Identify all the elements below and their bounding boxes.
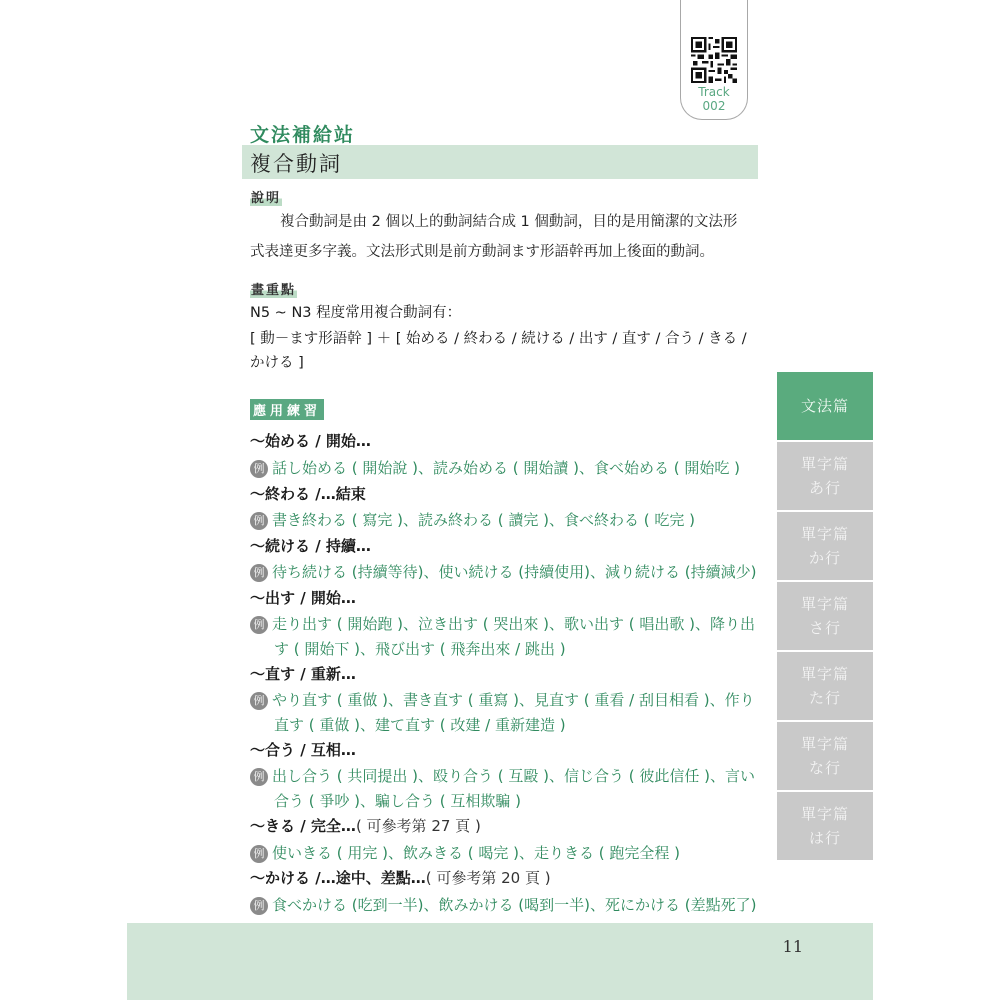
- example-badge-icon: 例: [250, 460, 268, 478]
- example-row: 例待ち続ける (持續等待)、使い続ける (持續使用)、減り続ける (持續減少): [250, 561, 760, 582]
- grammar-heading: ～始める / 開始…: [250, 430, 760, 451]
- example-badge-icon: 例: [250, 897, 268, 915]
- tab-label: 單字篇: [777, 732, 873, 756]
- tab-sublabel: は行: [777, 826, 873, 850]
- example-badge-icon: 例: [250, 616, 268, 634]
- grammar-heading: ～終わる /…結束: [250, 483, 760, 504]
- grammar-heading: ～合う / 互相…: [250, 739, 760, 760]
- tab-sublabel: さ行: [777, 616, 873, 640]
- example-badge-icon: 例: [250, 512, 268, 530]
- example-row: 例話し始める ( 開始說 )、読み始める ( 開始讀 )、食べ始める ( 開始吃…: [250, 457, 760, 478]
- title-band: 複合動詞: [242, 145, 758, 179]
- tab-sublabel: か行: [777, 546, 873, 570]
- grammar-heading-text: ～きる / 完全…: [250, 817, 356, 835]
- key-points-line-3: かける ]: [250, 351, 760, 372]
- key-points-label: 畫重點: [250, 279, 297, 298]
- tab-vocab-a-row[interactable]: 單字篇 あ行: [777, 442, 873, 510]
- example-text: 書き終わる ( 寫完 )、読み終わる ( 讀完 )、食べ終わる ( 吃完 ): [272, 511, 695, 529]
- qr-code-icon: [691, 37, 737, 83]
- explanation-line-2: 式表達更多字義。文法形式則是前方動詞ます形語幹再加上後面的動詞。: [250, 237, 758, 267]
- tab-label: 文法篇: [777, 394, 873, 418]
- tab-sublabel: な行: [777, 756, 873, 780]
- tab-vocab-ka-row[interactable]: 單字篇 か行: [777, 512, 873, 580]
- section-kicker: 文法補給站: [250, 120, 355, 147]
- track-label-text: Track: [698, 85, 729, 99]
- track-label: Track 002: [698, 85, 729, 113]
- tab-label: 單字篇: [777, 592, 873, 616]
- example-text: 待ち続ける (持續等待)、使い続ける (持續使用)、減り続ける (持續減少): [272, 563, 756, 581]
- grammar-heading: ～続ける / 持續…: [250, 535, 760, 556]
- example-text: 走り出す ( 開始跑 )、泣き出す ( 哭出來 )、歌い出す ( 唱出歌 )、降…: [272, 615, 755, 633]
- explanation-line-1: 複合動詞是由 2 個以上的動詞結合成 1 個動詞，目的是用簡潔的文法形: [280, 214, 737, 230]
- example-row: 例書き終わる ( 寫完 )、読み終わる ( 讀完 )、食べ終わる ( 吃完 ): [250, 509, 760, 530]
- grammar-heading: ～かける /…途中、差點…( 可參考第 20 頁 ): [250, 867, 760, 888]
- grammar-heading-text: ～かける /…途中、差點…: [250, 869, 426, 887]
- example-badge-icon: 例: [250, 768, 268, 786]
- grammar-heading: ～出す / 開始…: [250, 587, 760, 608]
- example-row: 例出し合う ( 共同提出 )、殴り合う ( 互毆 )、信じ合う ( 彼此信任 )…: [250, 765, 760, 786]
- tab-vocab-sa-row[interactable]: 單字篇 さ行: [777, 582, 873, 650]
- example-row: 例使いきる ( 用完 )、飲みきる ( 喝完 )、走りきる ( 跑完全程 ): [250, 842, 760, 863]
- example-text: 話し始める ( 開始說 )、読み始める ( 開始讀 )、食べ始める ( 開始吃 …: [272, 459, 740, 477]
- tab-sublabel: た行: [777, 686, 873, 710]
- example-row: 例食べかける (吃到一半)、飲みかける (喝到一半)、死にかける (差點死了): [250, 894, 760, 915]
- tab-label: 單字篇: [777, 802, 873, 826]
- example-row: 例やり直す ( 重做 )、書き直す ( 重寫 )、見直す ( 重看 / 刮目相看…: [250, 689, 760, 710]
- tab-vocab-ha-row[interactable]: 單字篇 は行: [777, 792, 873, 860]
- page-title: 複合動詞: [250, 148, 342, 178]
- tab-label: 單字篇: [777, 452, 873, 476]
- example-continuation: す ( 開始下 )、飛び出す ( 飛奔出來 / 跳出 ): [274, 638, 566, 659]
- page-number: 11: [783, 937, 803, 956]
- practice-label: 應用練習: [250, 399, 324, 420]
- example-badge-icon: 例: [250, 692, 268, 710]
- tab-label: 單字篇: [777, 522, 873, 546]
- example-continuation: 直す ( 重做 )、建て直す ( 改建 / 重新建造 ): [274, 714, 566, 735]
- example-text: 使いきる ( 用完 )、飲みきる ( 喝完 )、走りきる ( 跑完全程 ): [272, 844, 680, 862]
- explanation-label: 說明: [250, 187, 282, 206]
- example-text: 出し合う ( 共同提出 )、殴り合う ( 互毆 )、信じ合う ( 彼此信任 )、…: [272, 767, 755, 785]
- example-row: 例走り出す ( 開始跑 )、泣き出す ( 哭出來 )、歌い出す ( 唱出歌 )、…: [250, 613, 760, 634]
- track-audio-tab[interactable]: Track 002: [680, 0, 748, 120]
- grammar-heading: ～きる / 完全…( 可參考第 27 頁 ): [250, 815, 760, 836]
- tab-vocab-ta-row[interactable]: 單字篇 た行: [777, 652, 873, 720]
- example-badge-icon: 例: [250, 564, 268, 582]
- footer-band: 11: [127, 923, 873, 1000]
- chapter-index-tabs: 文法篇 單字篇 あ行 單字篇 か行 單字篇 さ行 單字篇 た行 單字篇 な行 單…: [777, 372, 873, 862]
- tab-vocab-na-row[interactable]: 單字篇 な行: [777, 722, 873, 790]
- tab-label: 單字篇: [777, 662, 873, 686]
- example-text: 食べかける (吃到一半)、飲みかける (喝到一半)、死にかける (差點死了): [272, 896, 756, 914]
- page-reference: ( 可參考第 27 頁 ): [356, 817, 481, 835]
- grammar-heading: ～直す / 重新…: [250, 663, 760, 684]
- tab-sublabel: あ行: [777, 476, 873, 500]
- key-points-line-2: [ 動－ます形語幹 ] ＋ [ 始める / 終わる / 続ける / 出す / 直…: [250, 327, 760, 348]
- example-badge-icon: 例: [250, 845, 268, 863]
- explanation-text: 複合動詞是由 2 個以上的動詞結合成 1 個動詞，目的是用簡潔的文法形 式表達更…: [250, 207, 758, 267]
- key-points-line-1: N5 ~ N3 程度常用複合動詞有：: [250, 301, 760, 322]
- tab-grammar[interactable]: 文法篇: [777, 372, 873, 440]
- page-reference: ( 可參考第 20 頁 ): [426, 869, 551, 887]
- example-text: やり直す ( 重做 )、書き直す ( 重寫 )、見直す ( 重看 / 刮目相看 …: [272, 691, 755, 709]
- track-number: 002: [698, 99, 729, 113]
- example-continuation: 合う ( 爭吵 )、騙し合う ( 互相欺騙 ): [274, 790, 521, 811]
